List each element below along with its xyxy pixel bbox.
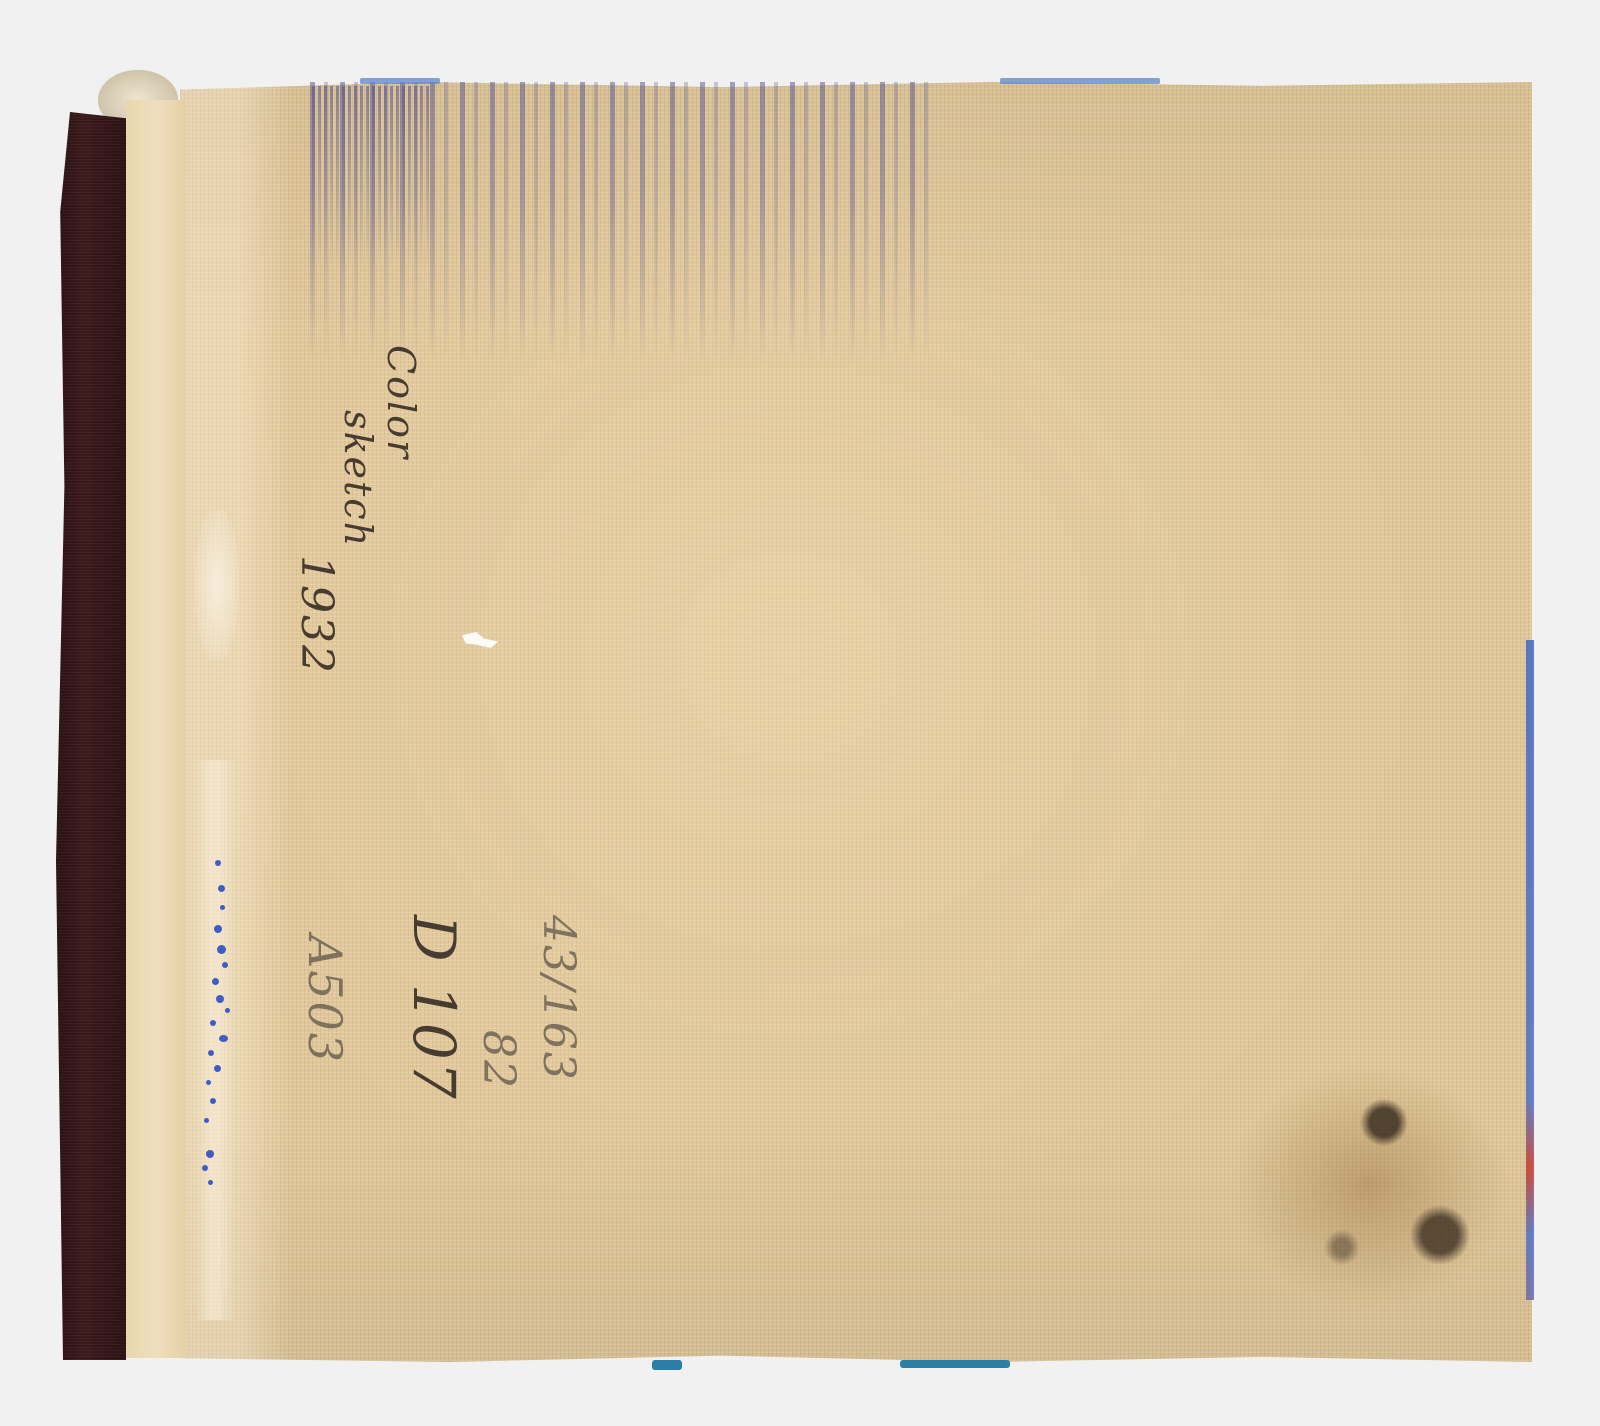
inscription-sketch: sketch (336, 410, 380, 548)
paint-edge-right (1526, 640, 1534, 1300)
inscription-year: 1932 (291, 555, 342, 675)
paint-edge-bottom (652, 1360, 682, 1370)
inscription-color: Color (379, 345, 423, 460)
paint-edge-top (360, 78, 440, 84)
paint-edge-bottom (900, 1360, 1010, 1368)
inscription-catalog-2: 82 (473, 1030, 524, 1090)
paint-edge-top (1000, 78, 1160, 84)
dark-binding-strip (56, 112, 126, 1360)
gesso-patch (195, 510, 239, 660)
canvas-back-photo: Color sketch 1932 43/163 82 D 107 A503 (0, 0, 1600, 1426)
inscription-catalog-3: D 107 (400, 915, 468, 1101)
inscription-catalog-4: A503 (298, 935, 352, 1064)
canvas-folded-edge (126, 100, 186, 1358)
inscription-catalog-1: 43/163 (533, 915, 584, 1082)
dark-stain (1230, 1060, 1510, 1310)
ink-bleed-dense-area (312, 86, 432, 266)
gesso-seam (195, 760, 235, 1320)
